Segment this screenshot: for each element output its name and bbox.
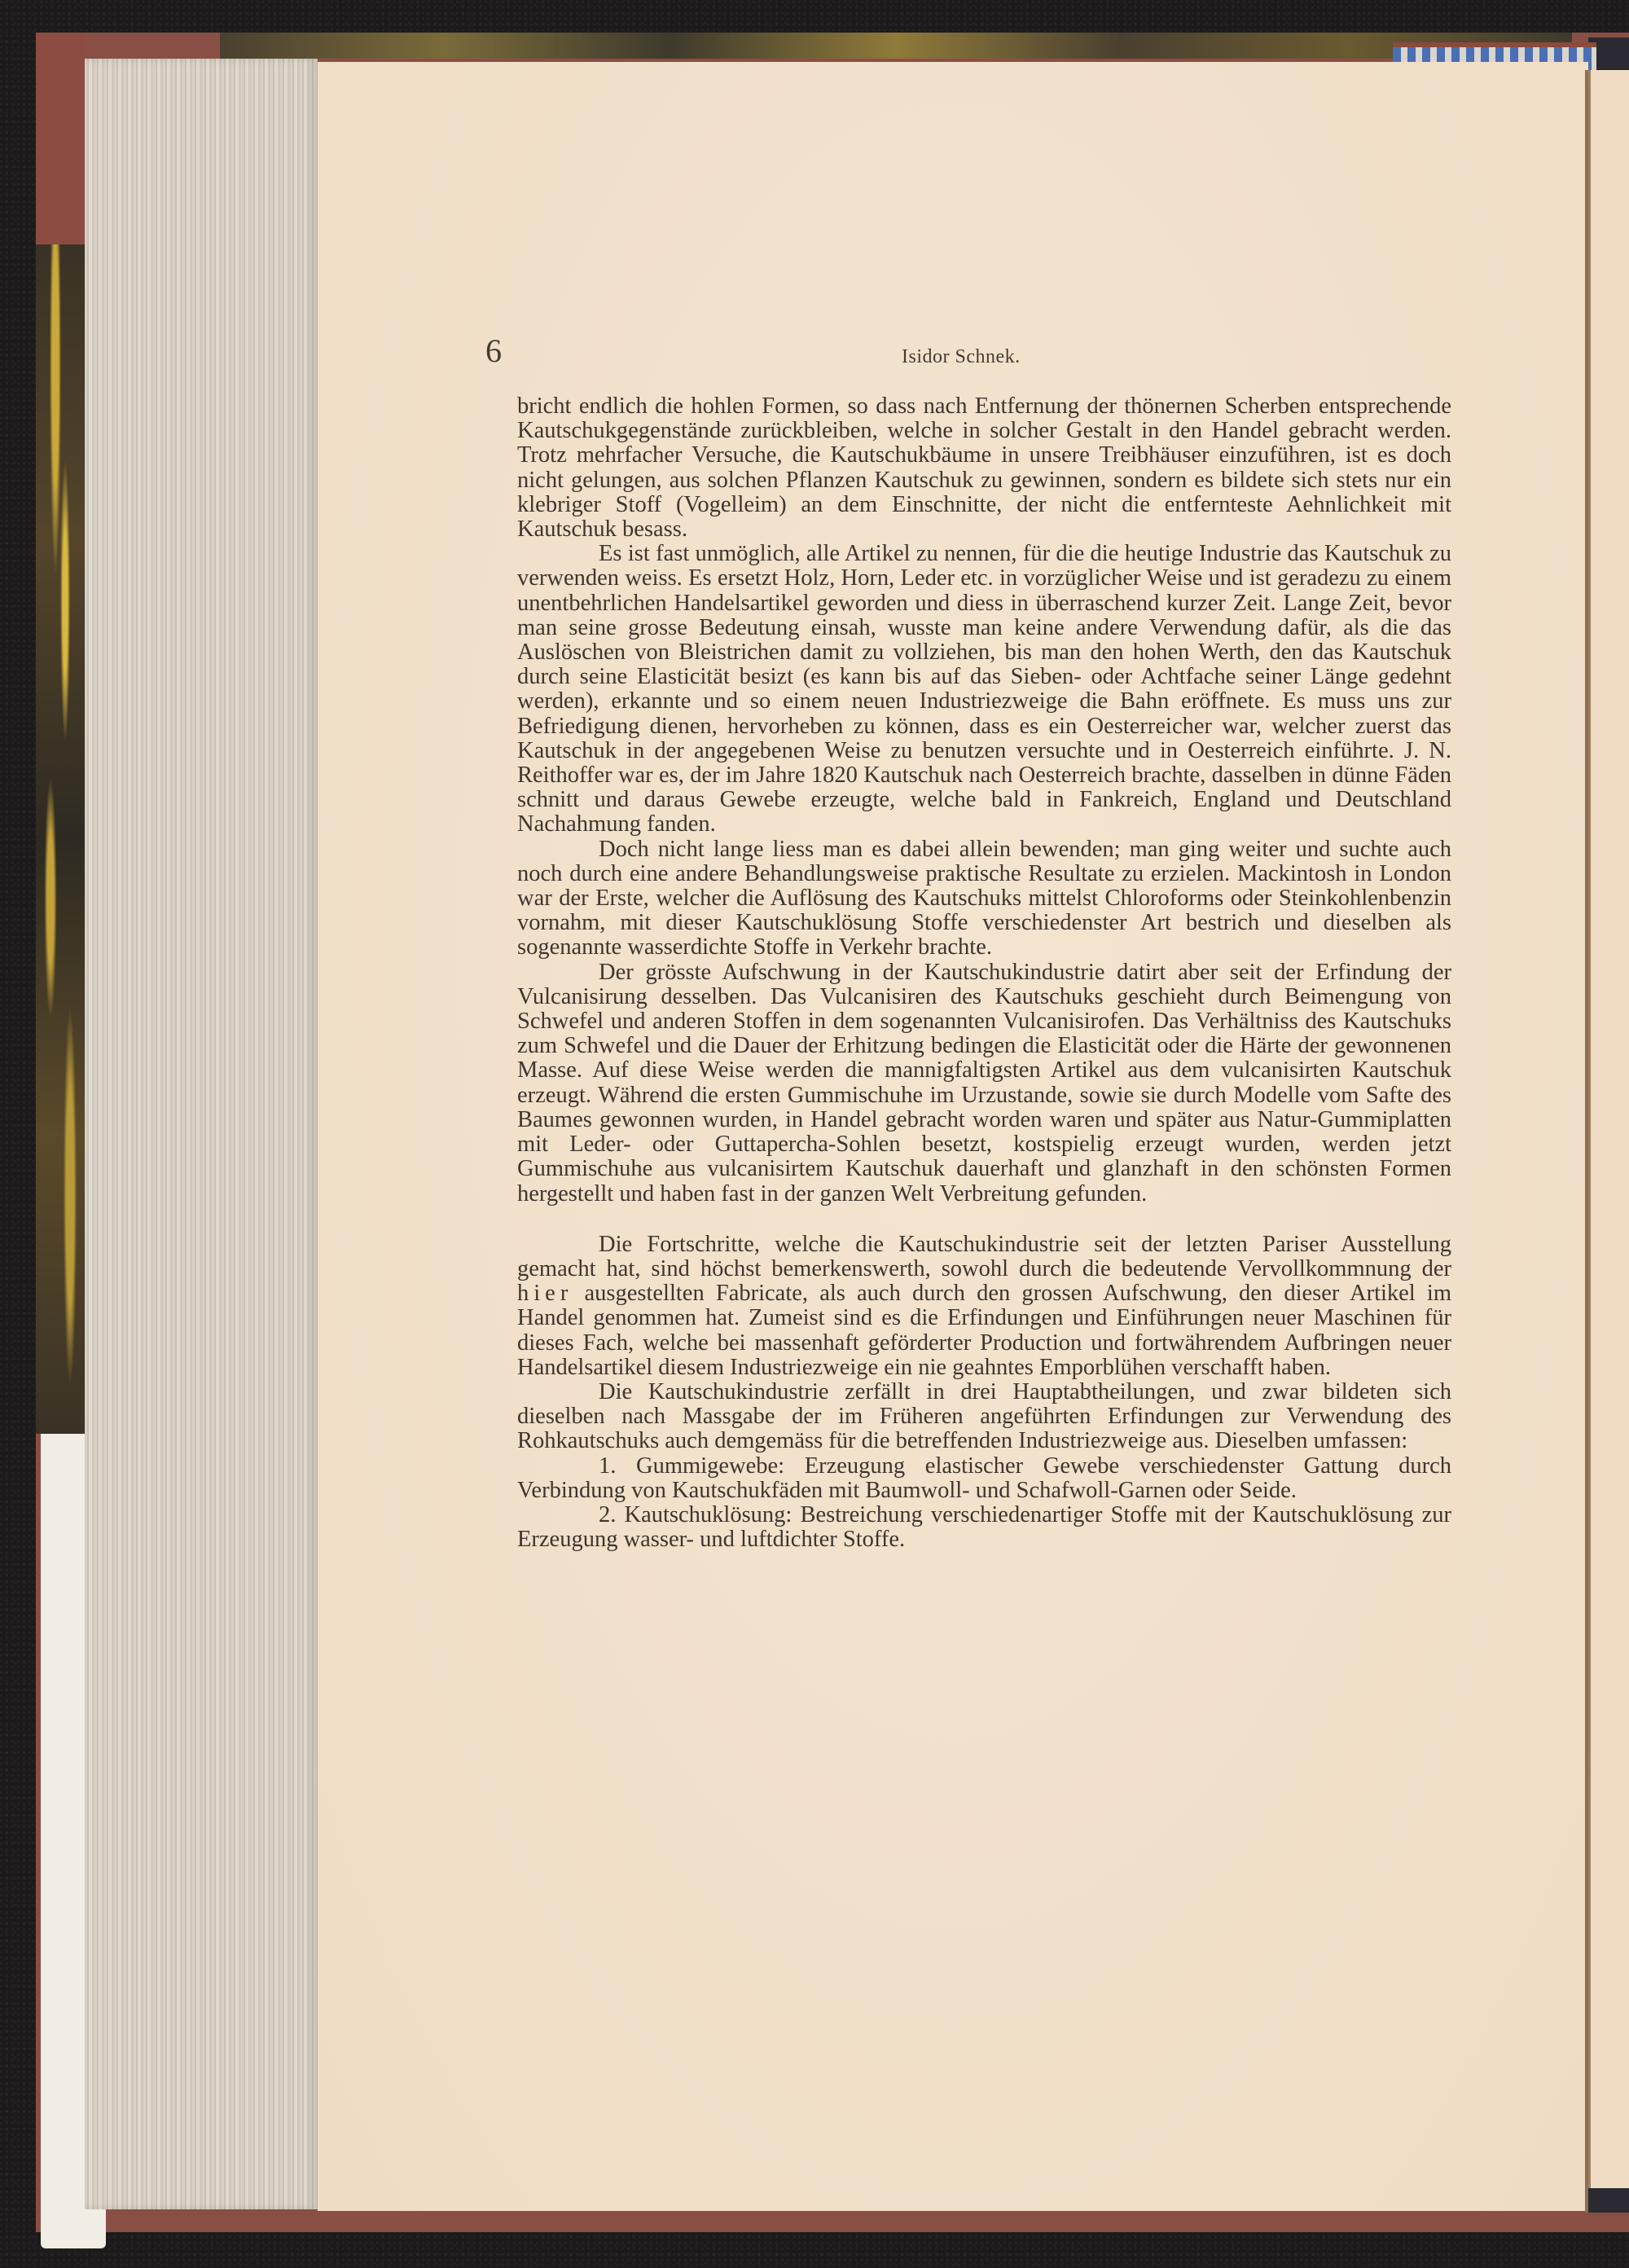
running-head-author: Isidor Schnek. (902, 346, 1021, 368)
body-text: bricht endlich die hohlen Formen, so das… (517, 394, 1451, 1552)
page-number: 6 (485, 335, 502, 367)
list-number: 1. (599, 1453, 616, 1479)
book-cover-marbled-top-edge (220, 33, 1572, 59)
list-item: 2. Kautschuklösung: Bestreichung verschi… (517, 1503, 1451, 1552)
paragraph: Die Fortschritte, welche die Kautschukin… (517, 1233, 1451, 1380)
paragraph: Der grösste Aufschwung in der Kautschuki… (517, 960, 1451, 1207)
list-number: 2. (599, 1502, 616, 1527)
list-item-text: Kautschuklösung: Bestreichung verschiede… (517, 1502, 1451, 1552)
book-page: 6 Isidor Schnek. bricht endlich die hohl… (318, 62, 1588, 2211)
paragraph: Die Kautschukindustrie zerfällt in drei … (517, 1380, 1451, 1454)
paragraph-text: Die Fortschritte, welche die Kautschukin… (517, 1232, 1451, 1281)
facing-page-edge (1588, 70, 1629, 2188)
book-cover-marbled-board (36, 244, 85, 1434)
page-gutter (1585, 70, 1588, 2213)
paragraph: Doch nicht lange liess man es dabei alle… (517, 837, 1451, 960)
paragraph: bricht endlich die hohlen Formen, so das… (517, 394, 1451, 542)
list-item: 1. Gummigewebe: Erzeugung elastischer Ge… (517, 1454, 1451, 1503)
page-stack-edge (85, 59, 318, 2209)
paragraph: Es ist fast unmöglich, alle Artikel zu n… (517, 542, 1451, 837)
book-cover-leather-corner (36, 33, 85, 244)
paragraph-text: ausgestellten Fabricate, als auch durch … (517, 1281, 1451, 1380)
list-item-text: Gummigewebe: Erzeugung elastischer Geweb… (517, 1453, 1451, 1503)
emphasis-text: hier (517, 1281, 573, 1306)
